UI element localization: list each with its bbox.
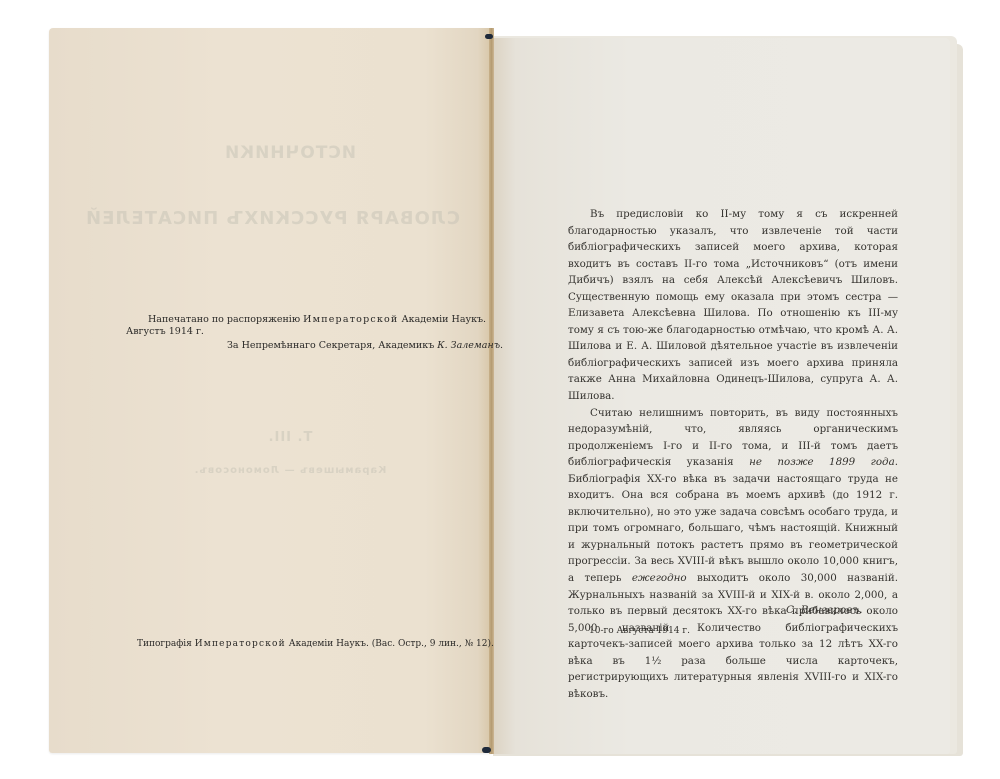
- bleed-through-heading-large: СЛОВАРЯ РУССКИХЪ ПИСАТЕЛЕЙ: [120, 208, 460, 229]
- bleed-through-volume: Т. III.: [240, 430, 340, 445]
- imprint-signatory: К. Залеманъ: [437, 340, 500, 351]
- binding-thread-bottom: [482, 747, 491, 753]
- imprint-line-1-emph: Императорской: [303, 314, 398, 325]
- printer-emph: Императорской: [195, 639, 286, 649]
- author-signature: С. Венгеровъ.: [786, 604, 863, 616]
- imprint-line-1-suffix: Академіи Наукъ.: [398, 314, 486, 325]
- preface-paragraph-1: Въ предисловіи ко II-му тому я съ искрен…: [568, 206, 898, 405]
- printer-prefix: Типографія: [137, 639, 195, 649]
- imprint-line-3: За Непремѣннаго Секретаря, Академикъ К. …: [227, 338, 503, 354]
- imprint-date: Августъ 1914 г.: [126, 324, 204, 340]
- bleed-through-heading-small: ИСТОЧНИКИ: [150, 143, 430, 163]
- imprint-line-3-prefix: За Непремѣннаго Секретаря, Академикъ: [227, 340, 437, 351]
- paragraph-2-part-b: . Библіографія XX-го вѣка въ задачи наст…: [568, 456, 898, 584]
- paragraph-2-emphasis-year: не позже 1899 года: [749, 456, 895, 468]
- binding-thread-top: [485, 34, 493, 39]
- paragraph-2-emphasis-annually: ежегодно: [632, 572, 687, 584]
- bleed-through-range: Карамышевъ — Ломоносовъ.: [180, 465, 400, 476]
- printer-line: Типографія Императорской Академіи Наукъ.…: [137, 636, 494, 652]
- preface-date: 10-го Августа 1914 г.: [589, 626, 690, 636]
- imprint-line-3-suffix: .: [500, 340, 503, 351]
- preface-paragraph-2: Считаю нелишнимъ повторить, въ виду пост…: [568, 405, 898, 703]
- printer-suffix: Академіи Наукъ. (Вас. Остр., 9 лин., № 1…: [286, 639, 494, 649]
